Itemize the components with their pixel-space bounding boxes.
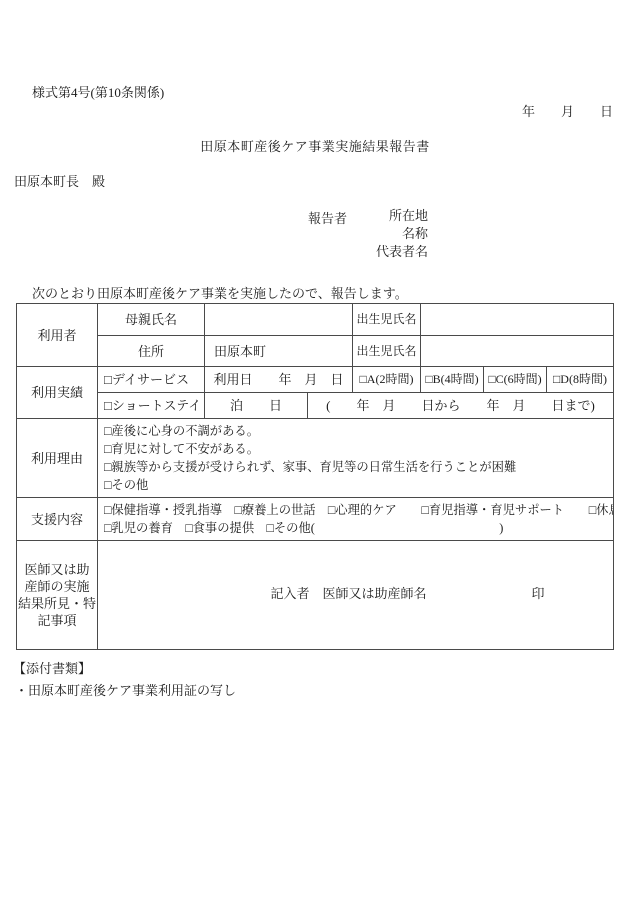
support-options-cell: □保健指導・授乳指導 □療養上の世話 □心理的ケア □育児指導・育児サポート □… bbox=[98, 498, 614, 541]
document-page: 様式第4号(第10条関係) 年 月 日 田原本町産後ケア事業実施結果報告書 田原… bbox=[0, 0, 630, 903]
page-title: 田原本町産後ケア事業実施結果報告書 bbox=[0, 136, 630, 155]
day-service-checkbox-label: □デイサービス bbox=[98, 367, 205, 393]
reason-option-3: □親族等から支援が受けられず、家事、育児等の日常生活を行うことが困難 bbox=[104, 458, 613, 476]
table-row: 医師又は助 産師の実施 結果所見・特 記事項 記入者 医師又は助産師名印 bbox=[17, 541, 614, 650]
signer-line: 記入者 医師又は助産師名印 bbox=[238, 568, 613, 619]
seal-label: 印 bbox=[532, 586, 545, 601]
address-value: 田原本町 bbox=[205, 336, 353, 367]
support-options-line-2: □乳児の養育 □食事の提供 □その他( ) bbox=[104, 519, 613, 537]
support-section-label: 支援内容 bbox=[17, 498, 98, 541]
reporter-label: 報告者 bbox=[308, 208, 347, 227]
address-label: 住所 bbox=[98, 336, 205, 367]
reporter-fields: 所在地 名称 代表者名 bbox=[376, 207, 428, 261]
findings-section-label: 医師又は助 産師の実施 結果所見・特 記事項 bbox=[17, 541, 98, 650]
findings-cell: 記入者 医師又は助産師名印 bbox=[98, 541, 614, 650]
table-row: 利用実績 □デイサービス 利用日 年 月 日 □A(2時間) □B(4時間) □… bbox=[17, 367, 614, 393]
table-row: 支援内容 □保健指導・授乳指導 □療養上の世話 □心理的ケア □育児指導・育児サ… bbox=[17, 498, 614, 541]
short-stay-nights-fields: 泊 日 bbox=[205, 393, 308, 419]
report-table: 利用者 母親氏名 出生児氏名 住所 田原本町 出生児氏名 利用実績 □デイサービ… bbox=[16, 303, 614, 650]
reason-section-label: 利用理由 bbox=[17, 419, 98, 498]
mother-name-value bbox=[205, 304, 353, 336]
child-name-label-1: 出生児氏名 bbox=[353, 304, 421, 336]
table-row: 利用者 母親氏名 出生児氏名 bbox=[17, 304, 614, 336]
usage-section-label: 利用実績 bbox=[17, 367, 98, 419]
user-section-label: 利用者 bbox=[17, 304, 98, 367]
reason-option-2: □育児に対して不安がある。 bbox=[104, 440, 613, 458]
table-row: □ショートステイ 泊 日 ( 年 月 日から 年 月 日まで) bbox=[17, 393, 614, 419]
short-stay-period-fields: ( 年 月 日から 年 月 日まで) bbox=[308, 393, 614, 419]
slot-b-checkbox-label: □B(4時間) bbox=[421, 367, 484, 393]
child-name-value-1 bbox=[421, 304, 614, 336]
support-options-line-1: □保健指導・授乳指導 □療養上の世話 □心理的ケア □育児指導・育児サポート □… bbox=[104, 501, 613, 519]
date-line: 年 月 日 bbox=[522, 101, 613, 120]
slot-d-checkbox-label: □D(8時間) bbox=[547, 367, 614, 393]
table-row: 住所 田原本町 出生児氏名 bbox=[17, 336, 614, 367]
attachments-item: ・田原本町産後ケア事業利用証の写し bbox=[15, 680, 236, 699]
child-name-label-2: 出生児氏名 bbox=[353, 336, 421, 367]
reason-option-4: □その他 bbox=[104, 476, 613, 494]
attachments-header: 【添付書類】 bbox=[13, 658, 91, 677]
form-number: 様式第4号(第10条関係) bbox=[32, 82, 164, 101]
slot-a-checkbox-label: □A(2時間) bbox=[353, 367, 421, 393]
signer-label: 記入者 医師又は助産師名 bbox=[271, 586, 427, 601]
day-service-date-fields: 利用日 年 月 日 bbox=[205, 367, 353, 393]
short-stay-checkbox-label: □ショートステイ bbox=[98, 393, 205, 419]
mother-name-label: 母親氏名 bbox=[98, 304, 205, 336]
table-row: 利用理由 □産後に心身の不調がある。 □育児に対して不安がある。 □親族等から支… bbox=[17, 419, 614, 498]
slot-c-checkbox-label: □C(6時間) bbox=[484, 367, 547, 393]
intro-sentence: 次のとおり田原本町産後ケア事業を実施したので、報告します。 bbox=[32, 283, 408, 302]
child-name-value-2 bbox=[421, 336, 614, 367]
reason-option-1: □産後に心身の不調がある。 bbox=[104, 422, 613, 440]
reason-options-cell: □産後に心身の不調がある。 □育児に対して不安がある。 □親族等から支援が受けら… bbox=[98, 419, 614, 498]
addressee-line: 田原本町長 殿 bbox=[14, 171, 105, 190]
